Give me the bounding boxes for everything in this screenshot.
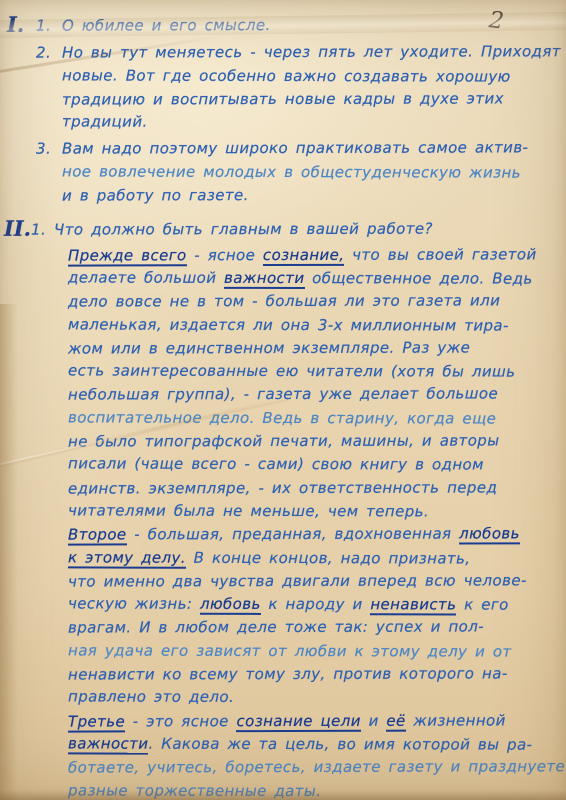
handwritten-line: писали (чаще всего - сами) свою книгу в … <box>0 453 566 478</box>
underlined-phrase: Третье <box>68 712 125 732</box>
item-number: 1. <box>31 219 46 242</box>
handwritten-line: единств. экземпляре, - их ответственност… <box>0 476 566 501</box>
handwritten-line: к этому делу. В конце концов, надо призн… <box>0 546 566 571</box>
underlined-phrase: любовь <box>459 525 520 545</box>
handwritten-line: 2.Но вы тут меняетесь - через пять лет у… <box>0 41 566 66</box>
handwritten-line: ная удача его зависят от любви к этому д… <box>0 639 566 664</box>
handwritten-line: 3.Вам надо поэтому широко практиковать с… <box>0 137 566 162</box>
paragraph: Прежде всего - ясное сознание, что вы св… <box>0 244 566 524</box>
handwritten-line: ное вовлечение молодых в общестуденческу… <box>0 160 566 185</box>
underlined-phrase: важности <box>68 734 149 754</box>
underlined-phrase: к этому делу. <box>68 548 186 568</box>
handwritten-line: традиций. <box>0 110 566 135</box>
handwritten-line: жом или в единственном экземпляре. Раз у… <box>0 336 566 361</box>
outline-item: II.1.Что должно быть главным в вашей раб… <box>0 218 566 241</box>
handwritten-line: и в работу по газете. <box>0 183 566 208</box>
underlined-phrase: сознание цели <box>236 711 360 731</box>
handwritten-line: воспитательное дело. Ведь в старину, ког… <box>0 406 566 431</box>
handwritten-line: правлено это дело. <box>0 686 566 711</box>
handwritten-line: новые. Вот где особенно важно создавать … <box>0 64 566 89</box>
handwritten-line: делаете большой важности общественное де… <box>0 266 566 291</box>
underlined-phrase: важности <box>224 269 305 289</box>
paper-edge-shadow <box>0 304 18 800</box>
handwritten-line: небольшая группа), - газета уже делает б… <box>0 383 566 408</box>
handwritten-line: читателями была не меньше, чем теперь. <box>0 499 566 524</box>
handwritten-line: что именно два чувства двигали вперед вс… <box>0 569 566 594</box>
manuscript-page: 2 I.1.О юбилее и его смысле.2.Но вы тут … <box>0 0 566 800</box>
handwritten-line: ческую жизнь: любовь к народу и ненавист… <box>0 592 566 617</box>
handwritten-line: ненависти ко всему тому злу, против кото… <box>0 662 566 687</box>
manuscript-content: I.1.О юбилее и его смысле.2.Но вы тут ме… <box>0 0 566 800</box>
handwritten-line: Второе - большая, преданная, вдохновенна… <box>0 522 566 547</box>
handwritten-line: важности. Какова же та цель, во имя кото… <box>0 732 566 757</box>
handwritten-line: Прежде всего - ясное сознание, что вы св… <box>0 243 566 268</box>
handwritten-line: дело вовсе не в том - большая ли это газ… <box>0 290 566 315</box>
section-numeral: II. <box>4 216 31 241</box>
handwritten-line: врагам. И в любом деле тоже так: успех и… <box>0 616 566 641</box>
handwritten-line: не было типографской печати, машины, и а… <box>0 429 566 454</box>
handwritten-line: ботаете, учитесь, боретесь, издаете газе… <box>0 755 566 780</box>
paragraph: Третье - это ясное сознание цели и её жи… <box>0 710 566 800</box>
handwritten-line: есть заинтересованные ею читатели (хотя … <box>0 359 566 384</box>
paper-edge-shadow <box>0 790 566 800</box>
handwritten-line: II.1.Что должно быть главным в вашей раб… <box>0 218 566 243</box>
underlined-phrase: любовь <box>200 595 261 615</box>
paragraph: Второе - большая, преданная, вдохновенна… <box>0 523 566 709</box>
handwritten-line: традицию и воспитывать новые кадры в дух… <box>0 87 566 112</box>
handwritten-line: Третье - это ясное сознание цели и её жи… <box>0 709 566 734</box>
outline-item: 3.Вам надо поэтому широко практиковать с… <box>0 137 566 207</box>
underlined-phrase: её <box>386 711 405 731</box>
underlined-phrase: Прежде всего <box>68 246 187 266</box>
underlined-phrase: ненависть <box>370 595 456 615</box>
item-number: 3. <box>36 138 51 161</box>
underlined-phrase: Второе <box>68 526 127 546</box>
handwritten-line: маленькая, издается ли она 3-х миллионны… <box>0 313 566 338</box>
underlined-phrase: сознание, <box>263 246 345 266</box>
